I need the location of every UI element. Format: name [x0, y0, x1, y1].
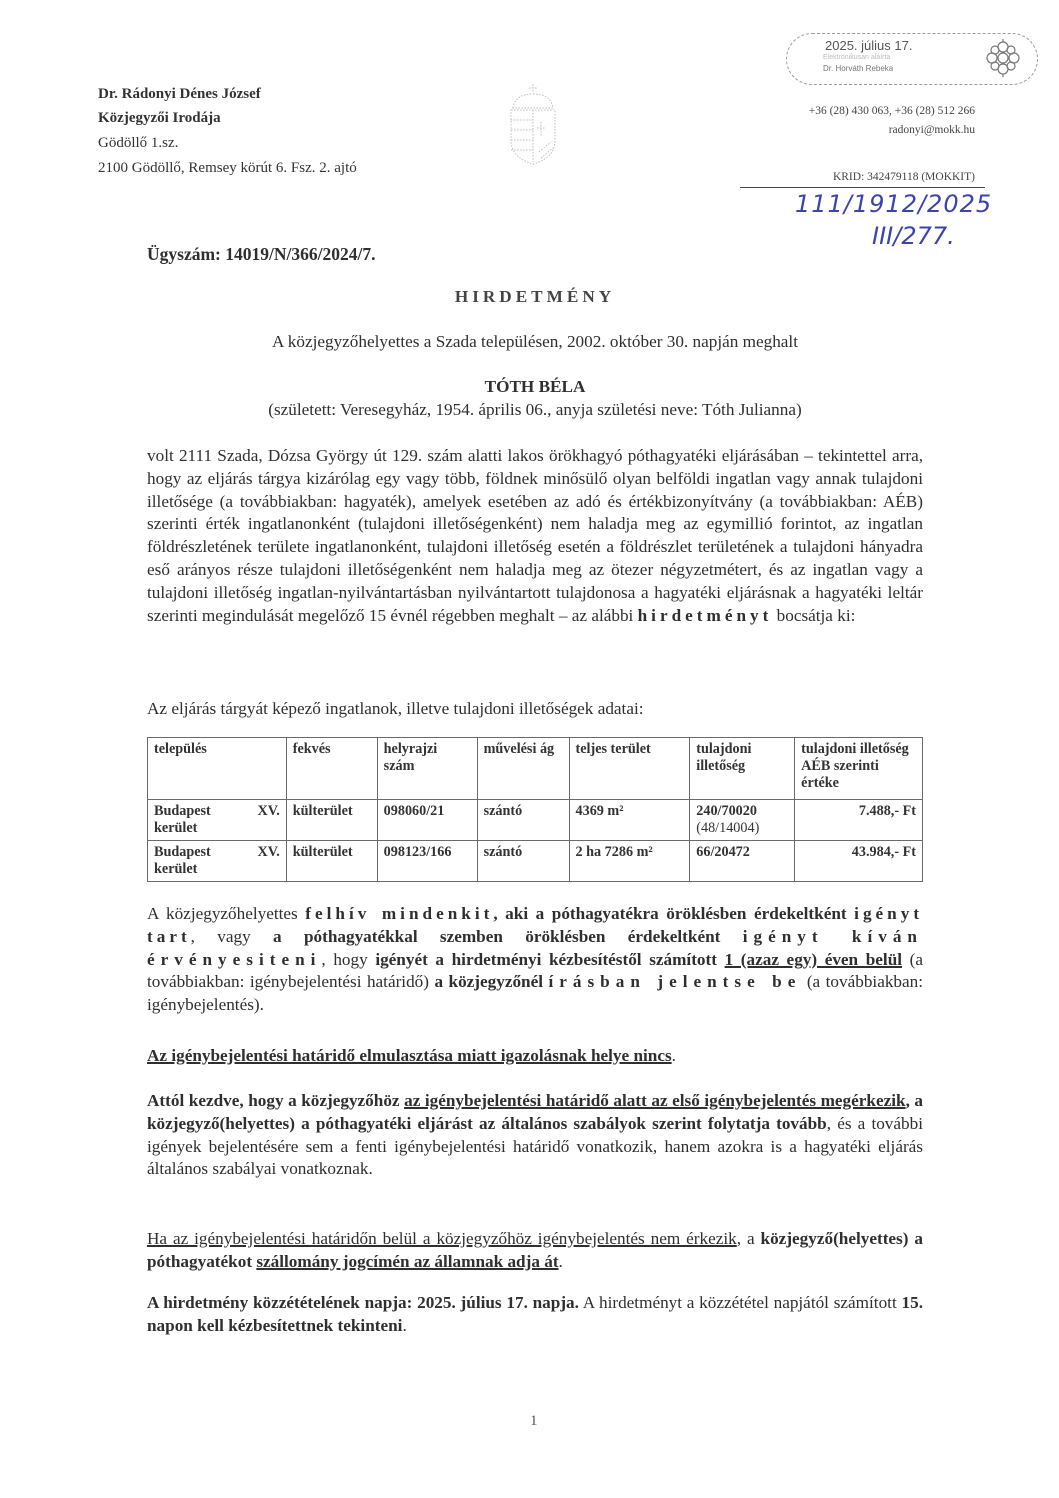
table-intro: Az eljárás tárgyát képező ingatlanok, il…: [147, 698, 923, 721]
cell-terulet: 4369 m²: [569, 800, 690, 841]
mokk-seal-icon: [983, 38, 1023, 78]
document-title: HIRDETMÉNY: [147, 286, 923, 309]
table-header-cell: tulajdoni illetőség: [690, 738, 795, 800]
cell-telepules: Budapest XV. kerület: [148, 800, 287, 841]
if-text: , a: [737, 1229, 755, 1248]
cell-aeb-ertek: 7.488,- Ft: [795, 800, 923, 841]
office-subtitle: Közjegyzői Irodája: [98, 106, 221, 130]
stamp-date: 2025. július 17.: [825, 38, 912, 53]
from-paragraph: Attól kezdve, hogy a közjegyzőhöz az igé…: [147, 1090, 923, 1181]
call-text-bold: a közjegyzőnél: [434, 972, 543, 991]
publication-text: .: [402, 1316, 406, 1335]
cell-aeb-ertek: 43.984,- Ft: [795, 841, 923, 882]
stamp-caption: Elektronikusan aláírta: [823, 54, 890, 61]
call-text-bold: póthagyatékra öröklésben érdekeltként: [552, 904, 847, 923]
table-header-row: település fekvés helyrajzi szám művelési…: [148, 738, 923, 800]
table-header-cell: tulajdoni illetőség AÉB szerinti értéke: [795, 738, 923, 800]
cell-illetoseg-value: 240/70020: [696, 803, 788, 820]
cell-hrsz: 098060/21: [377, 800, 477, 841]
if-paragraph: Ha az igénybejelentési határidőn belül a…: [147, 1228, 923, 1274]
cell-fekves: külterület: [286, 800, 377, 841]
from-text-bold: Attól kezdve, hogy a közjegyzőhöz: [147, 1091, 400, 1110]
cell-illetoseg: 240/70020 (48/14004): [690, 800, 795, 841]
call-text: , aki a: [493, 904, 544, 923]
deceased-details: (született: Veresegyház, 1954. április 0…: [147, 399, 923, 422]
if-text-underlined: Ha az igénybejelentési határidőn belül a…: [147, 1229, 737, 1248]
deadline-emphasis: 1 (azaz egy) éven belül: [725, 950, 902, 969]
case-number: Ügyszám: 14019/N/366/2024/7.: [147, 243, 923, 266]
table-header-cell: művelési ág: [477, 738, 569, 800]
cell-muvelesi-ag: szántó: [477, 800, 569, 841]
no-excuse-notice: Az igénybejelentési határidő elmulasztás…: [147, 1045, 923, 1068]
page-number: 1: [530, 1413, 538, 1430]
publication-date: A hirdetmény közzétételének napja: 2025.…: [147, 1293, 579, 1312]
stamp-signer: Dr. Horváth Rebeka: [823, 64, 893, 73]
call-emphasis: felhív mindenkit: [305, 904, 493, 923]
table-header-cell: teljes terület: [569, 738, 690, 800]
hungarian-coat-of-arms-icon: [505, 82, 561, 166]
cell-illetoseg-value: 66/20472: [696, 844, 788, 861]
main-paragraph: volt 2111 Szada, Dózsa György út 129. sz…: [147, 445, 923, 627]
office-seat: Gödöllő 1.sz.: [98, 131, 178, 155]
from-text-underlined: az igénybejelentési határidő alatt az el…: [404, 1091, 905, 1110]
table-header-cell: fekvés: [286, 738, 377, 800]
main-paragraph-tail: bocsátja ki:: [777, 606, 856, 625]
cell-hrsz: 098123/166: [377, 841, 477, 882]
table-header-cell: helyrajzi szám: [377, 738, 477, 800]
office-email: radonyi@mokk.hu: [889, 124, 975, 136]
intro-line: A közjegyzőhelyettes a Szada településen…: [147, 331, 923, 354]
call-text-bold: a póthagyatékkal szemben öröklésben érde…: [273, 927, 720, 946]
cell-illetoseg: 66/20472: [690, 841, 795, 882]
cell-telepules: Budapest XV. kerület: [148, 841, 287, 882]
if-text-bold-underlined: szállomány jogcímén az államnak adja át: [256, 1252, 558, 1271]
office-phones: +36 (28) 430 063, +36 (28) 512 266: [809, 105, 975, 117]
call-text-bold: igényét a hirdetményi kézbesítéstől szám…: [375, 950, 717, 969]
property-table: település fekvés helyrajzi szám művelési…: [147, 737, 923, 882]
cell-muvelesi-ag: szántó: [477, 841, 569, 882]
publication-text: A hirdetményt a közzététel napjától szám…: [583, 1293, 897, 1312]
cell-illetoseg-note: (48/14004): [696, 820, 788, 837]
cell-fekves: külterület: [286, 841, 377, 882]
call-text: , vagy: [191, 927, 251, 946]
call-text: A közjegyzőhelyettes: [147, 904, 298, 923]
krid-number: KRID: 342479118 (MOKKIT): [833, 171, 975, 183]
cell-terulet: 2 ha 7286 m²: [569, 841, 690, 882]
call-paragraph: A közjegyzőhelyettes felhív mindenkit, a…: [147, 903, 923, 1017]
main-paragraph-text: volt 2111 Szada, Dózsa György út 129. sz…: [147, 446, 923, 625]
electronic-signature-stamp: 2025. július 17. Elektronikusan aláírta …: [786, 33, 1038, 85]
table-header-cell: település: [148, 738, 287, 800]
header-divider: [740, 187, 985, 188]
office-name: Dr. Rádonyi Dénes József: [98, 82, 261, 106]
no-excuse-text: Az igénybejelentési határidő elmulasztás…: [147, 1046, 672, 1065]
deceased-name: TÓTH BÉLA: [147, 376, 923, 399]
publication-paragraph: A hirdetmény közzétételének napja: 2025.…: [147, 1292, 923, 1338]
main-paragraph-emphasis: hirdetményt: [638, 606, 773, 625]
office-address: 2100 Gödöllő, Remsey körút 6. Fsz. 2. aj…: [98, 156, 357, 180]
call-emphasis: írásban jelentse be: [549, 972, 802, 991]
handwritten-registry-number: 111/1912/2025: [795, 190, 992, 218]
table-row: Budapest XV. kerület külterület 098123/1…: [148, 841, 923, 882]
if-text: .: [559, 1252, 563, 1271]
table-row: Budapest XV. kerület külterület 098060/2…: [148, 800, 923, 841]
call-text: , hogy: [321, 950, 367, 969]
